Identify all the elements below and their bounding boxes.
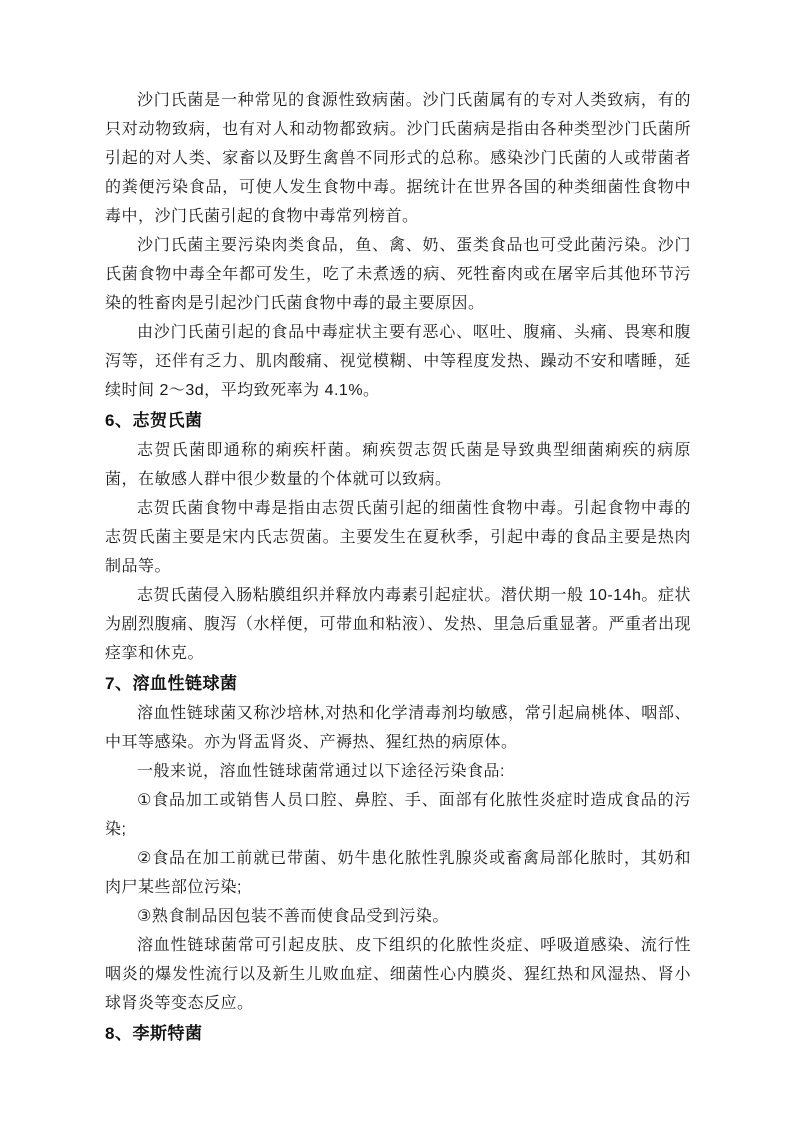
paragraph: 沙门氏菌是一种常见的食源性致病菌。沙门氏菌属有的专对人类致病，有的只对动物致病，… (105, 86, 691, 231)
paragraph: ③熟食制品因包装不善而使食品受到污染。 (105, 902, 691, 931)
paragraph: 志贺氏菌侵入肠粘膜组织并释放内毒素引起症状。潜伏期一般 10-14h。症状为剧烈… (105, 581, 691, 668)
document-body: 沙门氏菌是一种常见的食源性致病菌。沙门氏菌属有的专对人类致病，有的只对动物致病，… (105, 86, 691, 1049)
section-heading: 6、志贺氏菌 (105, 406, 691, 435)
paragraph: 溶血性链球菌常可引起皮肤、皮下组织的化脓性炎症、呼吸道感染、流行性咽炎的爆发性流… (105, 931, 691, 1018)
document-page: 沙门氏菌是一种常见的食源性致病菌。沙门氏菌属有的专对人类致病，有的只对动物致病，… (0, 0, 793, 1122)
section-heading: 7、溶血性链球菌 (105, 669, 691, 698)
paragraph: 志贺氏菌即通称的痢疾杆菌。痢疾贺志贺氏菌是导致典型细菌痢疾的病原菌，在敏感人群中… (105, 436, 691, 494)
paragraph: 由沙门氏菌引起的食品中毒症状主要有恶心、呕吐、腹痛、头痛、畏寒和腹泻等，还伴有乏… (105, 318, 691, 405)
paragraph: 志贺氏菌食物中毒是指由志贺氏菌引起的细菌性食物中毒。引起食物中毒的志贺氏菌主要是… (105, 494, 691, 581)
paragraph: 溶血性链球菌又称沙培林,对热和化学清毒剂均敏感，常引起扁桃体、咽部、中耳等感染。… (105, 699, 691, 757)
paragraph: ①食品加工或销售人员口腔、鼻腔、手、面部有化脓性炎症时造成食品的污染; (105, 786, 691, 844)
paragraph: 一般来说，溶血性链球菌常通过以下途径污染食品: (105, 757, 691, 786)
paragraph: ②食品在加工前就已带菌、奶牛患化脓性乳腺炎或畜禽局部化脓时，其奶和肉尸某些部位污… (105, 844, 691, 902)
paragraph: 沙门氏菌主要污染肉类食品，鱼、禽、奶、蛋类食品也可受此菌污染。沙门氏菌食物中毒全… (105, 231, 691, 318)
section-heading: 8、李斯特菌 (105, 1019, 691, 1048)
